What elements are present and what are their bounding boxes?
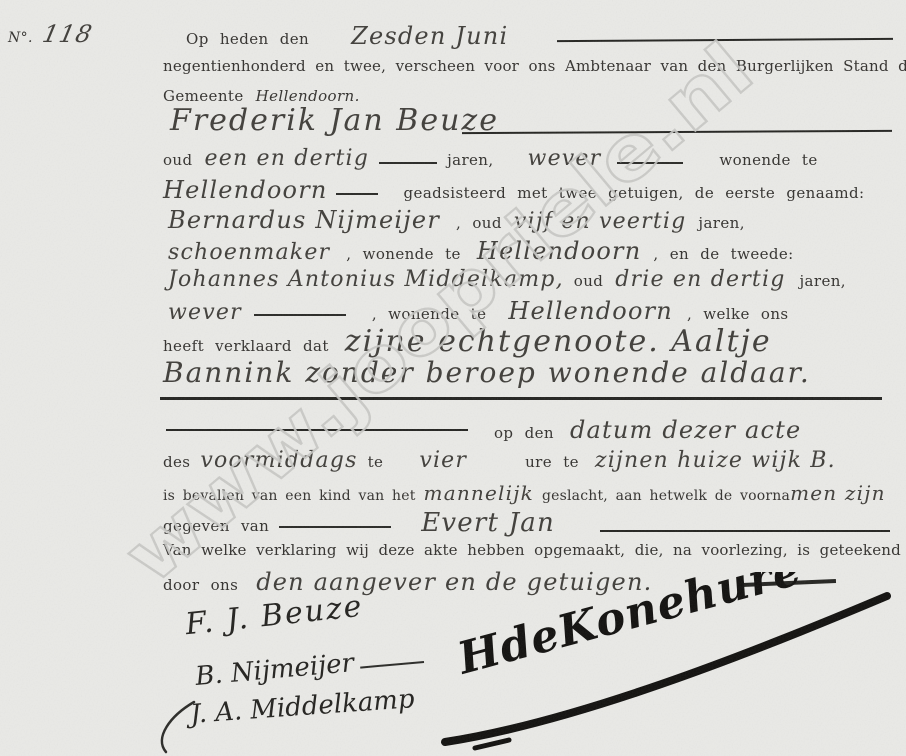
printed-op-den: op den bbox=[494, 424, 554, 442]
line-birth-time: des voormiddags te vier ure te zijnen hu… bbox=[163, 448, 836, 473]
handwritten-mother-details: Bannink zonder beroep wonende aldaar. bbox=[163, 356, 811, 389]
printed-op-heden-den: Op heden den bbox=[186, 30, 309, 48]
line-declaration: heeft verklaard dat zijne echtgenoote. A… bbox=[163, 324, 772, 359]
printed-te: te bbox=[368, 453, 384, 471]
filler-dash-thick bbox=[742, 579, 836, 587]
filler-line bbox=[600, 530, 890, 532]
handwritten-declarant-name: Frederik Jan Beuze bbox=[170, 103, 499, 138]
line-witness2: Johannes Antonius Middelkamp, oud drie e… bbox=[168, 267, 846, 292]
signature-registrar: HdeKonehure bbox=[425, 572, 905, 756]
printed-oud: oud bbox=[574, 272, 604, 290]
handwritten-date: Zesden Juni bbox=[351, 22, 508, 50]
filler-dash bbox=[279, 526, 391, 528]
line-signed-by: door ons den aangever en de getuigen. bbox=[163, 568, 652, 596]
line-declarant-age: oud een en dertig jaren, wever wonende t… bbox=[163, 146, 818, 171]
act-number: N°. 118 bbox=[8, 20, 92, 48]
signature-witness-1-text: B. Nijmeijer bbox=[194, 648, 355, 692]
filler-dash bbox=[254, 314, 346, 316]
signature-witness-2: J. A. Middelkamp bbox=[189, 684, 415, 730]
filler-dash bbox=[617, 162, 683, 164]
printed-jaren: jaren, bbox=[447, 151, 493, 169]
handwritten-mother-intro: zijne echtgenoote. Aaltje bbox=[345, 324, 772, 359]
signature-declarant: F. J. Beuze bbox=[184, 589, 365, 642]
handwritten-witness1-age: vijf en veertig bbox=[514, 209, 687, 234]
line-declarant-name: Frederik Jan Beuze bbox=[170, 103, 499, 138]
printed-wonende-te: wonende te bbox=[719, 151, 817, 169]
handwritten-witness1-occupation: schoenmaker bbox=[168, 240, 330, 265]
printed-jaren: jaren, bbox=[799, 272, 845, 290]
line-witness1: Bernardus Nijmeijer , oud vijf en veerti… bbox=[168, 206, 745, 234]
filler-dash bbox=[336, 193, 378, 195]
printed-oud: , oud bbox=[456, 214, 502, 232]
birth-certificate-scan: N°. 118 Op heden den Zesden Juni negenti… bbox=[0, 0, 906, 756]
printed-oud: oud bbox=[163, 151, 193, 169]
handwritten-hour: vier bbox=[419, 448, 467, 473]
signature-witness-1: B. Nijmeijer bbox=[194, 642, 425, 692]
printed-des: des bbox=[163, 453, 190, 471]
printed-gegeven-van: gegeven van bbox=[163, 517, 269, 535]
line-child-names: gegeven van Evert Jan bbox=[163, 508, 555, 538]
handwritten-occupation: wever bbox=[528, 146, 602, 171]
handwritten-birth-date: datum dezer acte bbox=[570, 416, 801, 444]
handwritten-sex: mannelijk bbox=[424, 481, 534, 505]
filler-line bbox=[166, 429, 468, 431]
handwritten-witness2-occupation: wever bbox=[168, 300, 242, 325]
filler-line bbox=[462, 130, 892, 134]
act-number-value: 118 bbox=[40, 20, 95, 48]
printed-welke-ons: , welke ons bbox=[687, 305, 789, 323]
act-number-label: N°. bbox=[8, 30, 33, 46]
printed-geslacht: geslacht, aan hetwelk de voorna bbox=[542, 488, 790, 504]
filler-line bbox=[557, 38, 893, 42]
printed-is-bevallen: is bevallen van een kind van het bbox=[163, 488, 416, 504]
line-witness2-occupation: wever , wonende te Hellendoorn , welke o… bbox=[168, 297, 789, 325]
handwritten-voormiddags: voormiddags bbox=[200, 448, 357, 473]
printed-ure-te: ure te bbox=[525, 453, 579, 471]
handwritten-child-names: Evert Jan bbox=[421, 508, 555, 538]
printed-door-ons: door ons bbox=[163, 576, 238, 594]
line-closing: Van welke verklaring wij deze akte hebbe… bbox=[163, 541, 901, 559]
line-declarant-residence: Hellendoorn geadsisteerd met twee getuig… bbox=[163, 176, 864, 204]
handwritten-men-zijn: men zijn bbox=[790, 481, 886, 505]
handwritten-age: een en dertig bbox=[205, 146, 370, 171]
printed-witnesses-intro: geadsisteerd met twee getuigen, de eerst… bbox=[404, 184, 865, 202]
section-divider bbox=[160, 397, 882, 400]
handwritten-witness2-age: drie en dertig bbox=[615, 267, 785, 292]
line-witness1-occupation: schoenmaker , wonende te Hellendoorn , e… bbox=[168, 237, 794, 265]
printed-wonende-te: , wonende te bbox=[346, 245, 461, 263]
line-child-sex: is bevallen van een kind van het manneli… bbox=[163, 481, 886, 505]
handwritten-witness1-name: Bernardus Nijmeijer bbox=[168, 206, 440, 234]
printed-closing: Van welke verklaring wij deze akte hebbe… bbox=[163, 541, 901, 559]
handwritten-witness1-residence: Hellendoorn bbox=[477, 237, 642, 265]
printed-jaren: jaren, bbox=[698, 214, 744, 232]
handwritten-residence: Hellendoorn bbox=[163, 176, 328, 204]
printed-wonende-te: , wonende te bbox=[372, 305, 487, 323]
signature-flourish bbox=[360, 661, 424, 669]
handwritten-witness2-name: Johannes Antonius Middelkamp, bbox=[168, 267, 564, 292]
signature-registrar-dash bbox=[475, 740, 509, 748]
line-mother: Bannink zonder beroep wonende aldaar. bbox=[163, 356, 811, 389]
handwritten-signed-by: den aangever en de getuigen. bbox=[256, 568, 652, 596]
line-year: negentienhonderd en twee, verscheen voor… bbox=[163, 57, 906, 75]
printed-year-intro: negentienhonderd en twee, verscheen voor… bbox=[163, 57, 906, 75]
line-birth-date: op den datum dezer acte bbox=[494, 416, 801, 444]
handwritten-witness2-residence: Hellendoorn bbox=[508, 297, 673, 325]
line-date: Op heden den Zesden Juni bbox=[186, 22, 508, 50]
printed-en-de-tweede: , en de tweede: bbox=[653, 245, 793, 263]
printed-heeft-verklaard: heeft verklaard dat bbox=[163, 337, 329, 355]
handwritten-birth-place: zijnen huize wijk B. bbox=[595, 448, 836, 473]
signature-registrar-swoosh bbox=[445, 596, 887, 742]
filler-dash bbox=[379, 162, 437, 164]
